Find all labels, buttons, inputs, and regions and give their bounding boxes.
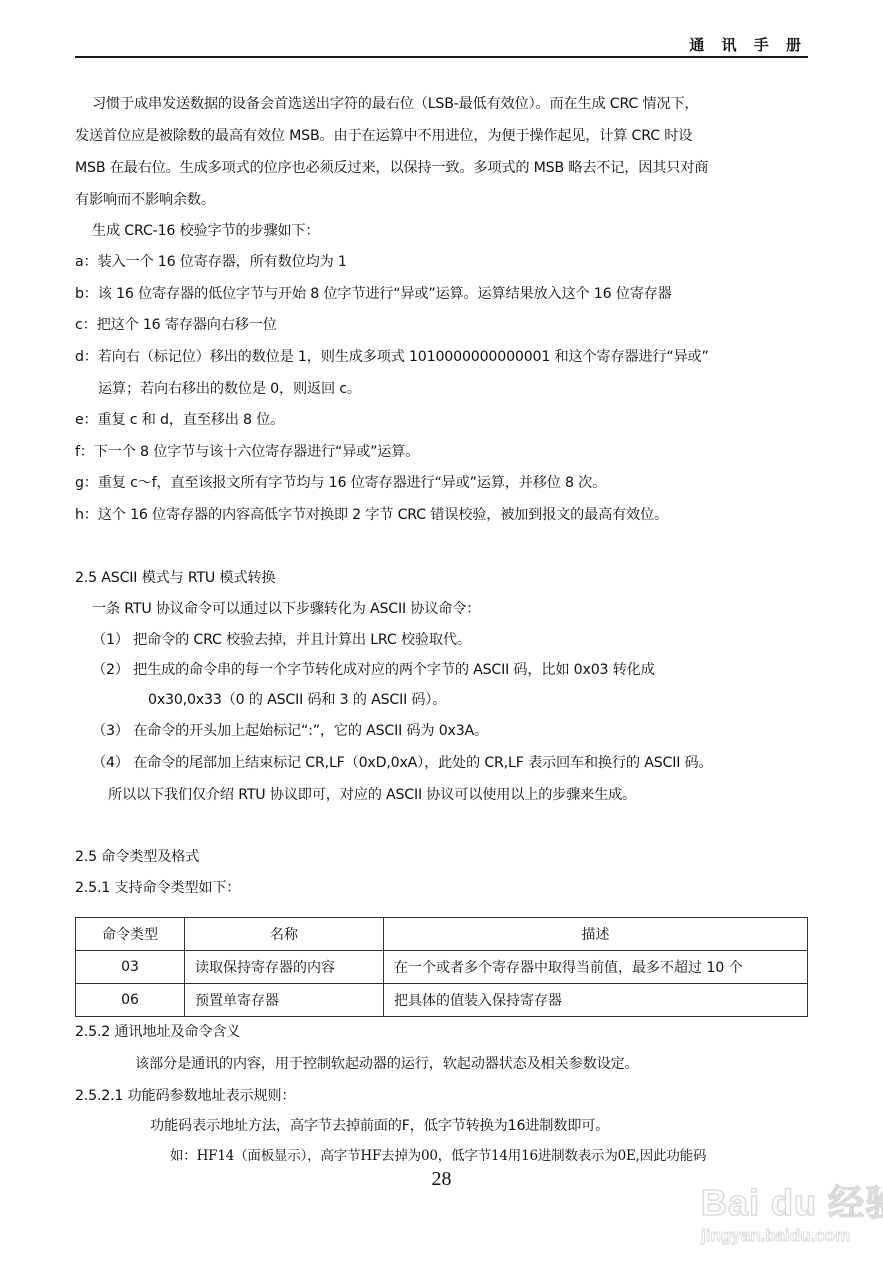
ascii-step-4: （4） 在命令的尾部加上结束标记 CR,LF（0xD,0xA），此处的 CR,L… — [92, 753, 712, 773]
intro-line-1: 习惯于成串发送数据的设备会首选送出字符的最右位（LSB-最低有效位）。而在生成 … — [92, 94, 698, 114]
subsection-heading-address: 2.5.2 通讯地址及命令含义 — [75, 1022, 240, 1042]
cell-command-code: 03 — [76, 951, 185, 984]
address-example-text: 如：HF14（面板显示），高字节HF去掉为00，低字节14用16进制数表示为0E… — [170, 1146, 706, 1166]
cell-command-name: 预置单寄存器 — [185, 984, 384, 1017]
baidu-watermark: Bai du 经验 jingyan.baidu.com — [701, 1175, 861, 1245]
section-heading-command-types: 2.5 命令类型及格式 — [75, 847, 199, 867]
watermark-brand: Bai du 经验 — [701, 1175, 861, 1226]
cell-command-code: 06 — [76, 984, 185, 1017]
crc-step-d: d：若向右（标记位）移出的数位是 1，则生成多项式 10100000000000… — [75, 347, 709, 367]
cell-command-description: 把具体的值装入保持寄存器 — [384, 984, 808, 1017]
command-types-table: 命令类型 名称 描述 03 读取保持寄存器的内容 在一个或者多个寄存器中取得当前… — [75, 917, 808, 1017]
table-header-row: 命令类型 名称 描述 — [76, 918, 808, 951]
crc-step-e: e：重复 c 和 d，直至移出 8 位。 — [75, 410, 284, 430]
crc-step-f: f：下一个 8 位字节与该十六位寄存器进行“异或”运算。 — [75, 442, 419, 462]
column-header-name: 名称 — [185, 918, 384, 951]
intro-line-3: MSB 在最右位。生成多项式的位序也必须反过来，以保持一致。多项式的 MSB 略… — [75, 158, 708, 178]
subsection-heading-supported-commands: 2.5.1 支持命令类型如下： — [75, 878, 240, 898]
subsubsection-heading-address-rule: 2.5.2.1 功能码参数地址表示规则： — [75, 1086, 295, 1106]
watermark-url: jingyan.baidu.com — [701, 1226, 861, 1246]
ascii-intro: 一条 RTU 协议命令可以通过以下步骤转化为 ASCII 协议命令： — [92, 599, 480, 619]
header-divider — [75, 56, 808, 58]
ascii-step-3: （3） 在命令的开头加上起始标记“:”，它的 ASCII 码为 0x3A。 — [92, 721, 488, 741]
ascii-step-1: （1） 把命令的 CRC 校验去掉，并且计算出 LRC 校验取代。 — [92, 630, 471, 650]
crc-step-d-cont: 运算；若向右移出的数位是 0，则返回 c。 — [98, 379, 361, 399]
crc-step-b: b：该 16 位寄存器的低位字节与开始 8 位字节进行“异或”运算。运算结果放入… — [75, 284, 672, 304]
crc-steps-title: 生成 CRC-16 校验字节的步骤如下： — [92, 221, 319, 241]
crc-step-h: h：这个 16 位寄存器的内容高低字节对换即 2 字节 CRC 错误校验，被加到… — [75, 505, 668, 525]
ascii-step-2: （2） 把生成的命令串的每一个字节转化成对应的两个字节的 ASCII 码，比如 … — [92, 660, 655, 680]
address-body: 该部分是通讯的内容，用于控制软起动器的运行，软起动器状态及相关参数设定。 — [135, 1054, 639, 1074]
cell-command-description: 在一个或者多个寄存器中取得当前值，最多不超过 10 个 — [384, 951, 808, 984]
column-header-description: 描述 — [384, 918, 808, 951]
table-row: 03 读取保持寄存器的内容 在一个或者多个寄存器中取得当前值，最多不超过 10 … — [76, 951, 808, 984]
table-row: 06 预置单寄存器 把具体的值装入保持寄存器 — [76, 984, 808, 1017]
crc-step-c: c：把这个 16 寄存器向右移一位 — [75, 315, 277, 335]
intro-line-4: 有影响而不影响余数。 — [75, 190, 215, 210]
ascii-conclusion: 所以以下我们仅介绍 RTU 协议即可，对应的 ASCII 协议可以使用以上的步骤… — [108, 785, 636, 805]
ascii-step-2-cont: 0x30,0x33（0 的 ASCII 码和 3 的 ASCII 码）。 — [148, 690, 446, 710]
crc-step-a: a：装入一个 16 位寄存器，所有数位均为 1 — [75, 252, 347, 272]
cell-command-name: 读取保持寄存器的内容 — [185, 951, 384, 984]
crc-step-g: g：重复 c～f，直至该报文所有字节均与 16 位寄存器进行“异或”运算，并移位… — [75, 473, 606, 493]
intro-line-2: 发送首位应是被除数的最高有效位 MSB。由于在运算中不用进位，为便于操作起见，计… — [75, 126, 692, 146]
section-heading-ascii-rtu: 2.5 ASCII 模式与 RTU 模式转换 — [75, 568, 275, 588]
address-rule-text: 功能码表示地址方法，高字节去掉前面的F，低字节转换为16进制数即可。 — [150, 1116, 609, 1136]
column-header-command-type: 命令类型 — [76, 918, 185, 951]
document-header-title: 通 讯 手 册 — [689, 34, 807, 55]
